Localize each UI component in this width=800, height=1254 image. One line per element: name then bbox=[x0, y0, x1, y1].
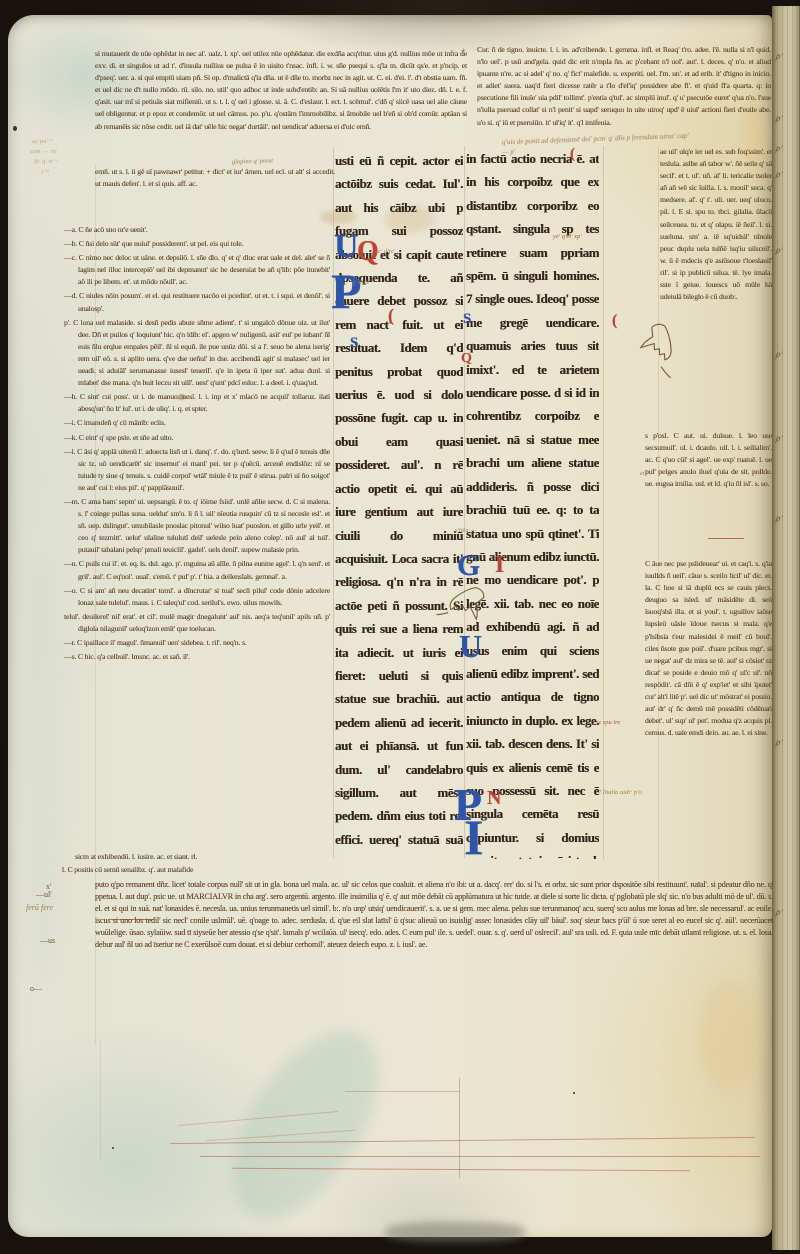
gloss-paragraph: —r. C ipaillace il' magul'. ñmanuil' uen… bbox=[64, 637, 330, 649]
gloss-paragraph: telul'. deuilerel' nil' erat'. et cil'. … bbox=[64, 611, 330, 635]
pecia-mark: p' bbox=[775, 908, 783, 918]
interlinear-note: ye' q'el' xp' bbox=[553, 233, 582, 241]
interlinear-note: s'ttēa — bbox=[455, 527, 476, 535]
gloss-marker: —us bbox=[40, 936, 55, 945]
initial-U-blue: U bbox=[459, 630, 482, 662]
paraph-red: ( bbox=[388, 306, 394, 324]
right-gloss-lower: C āue nec pse pslideuear' ui. et caq'i. … bbox=[645, 558, 772, 888]
gloss-paragraph: —n. C puils cui il'. et. eq. ls. dul. ag… bbox=[64, 558, 330, 582]
red-underline bbox=[110, 919, 154, 920]
ruling-line bbox=[200, 1156, 760, 1157]
gloss-marker: —ul' bbox=[36, 890, 52, 899]
marginal-note: sz spu ire bbox=[596, 719, 620, 727]
right-gloss-upper: ae uil' ulq'e ier uel es. sub foq'ssim'.… bbox=[660, 146, 772, 428]
pecia-mark: p' bbox=[775, 350, 783, 360]
book-fore-edge: p' p' p' p' p' p' p' p' p' p' bbox=[772, 6, 800, 1250]
gloss-paragraph: p'. C lona uel malaside. si desñ pedis a… bbox=[64, 317, 330, 390]
main-text-column-2: in factū actio necria ē. at in his corpo… bbox=[466, 147, 599, 859]
pecia-mark: p' bbox=[775, 114, 783, 124]
gloss-paragraph: —a. C ñe acō sno nr'e uenit'. bbox=[64, 224, 330, 236]
corner-note: ib' q' w ~ bbox=[34, 158, 58, 167]
initial-I-red: I bbox=[495, 553, 504, 577]
gloss-paragraph: —s. C hic. q'a celbuil'. lmsnc. ac. et s… bbox=[64, 651, 330, 663]
pecia-mark: p' bbox=[775, 246, 783, 256]
pecia-mark: p' bbox=[775, 738, 783, 748]
ruling-vertical bbox=[603, 146, 604, 860]
gloss-marker: o— bbox=[30, 984, 42, 993]
initial-N-red: N bbox=[487, 788, 501, 808]
speck bbox=[13, 126, 17, 131]
top-gloss-right: Cur. ñ de tigno. inuicte. l. i. in. ad'c… bbox=[477, 44, 771, 140]
pecia-mark: p' bbox=[775, 514, 783, 524]
paraph-red: ( bbox=[612, 313, 617, 329]
interlinear-note: glopino q' posst bbox=[232, 157, 273, 166]
left-margin-note: ferū fere bbox=[26, 903, 53, 912]
speck bbox=[112, 1147, 114, 1149]
marginal-note: et → bbox=[640, 470, 653, 478]
bottom-gloss-block: puto q'po remanent dñz. licet' totale co… bbox=[95, 879, 773, 1044]
initial-S-blue: S bbox=[463, 312, 471, 327]
gloss-paragraph: —m. C ama bam' sepm' ui. uepsangū. ē to.… bbox=[64, 496, 330, 556]
gloss-paragraph: —l. C āsi q' applā uitenū l'. aduecta li… bbox=[64, 446, 330, 494]
interlinear-note: q' dicz' bbox=[352, 279, 370, 287]
red-underline bbox=[708, 538, 744, 539]
gloss-paragraph: —d. C niules nōin posum'. et el. qui res… bbox=[64, 290, 330, 314]
initial-U-blue: U bbox=[334, 230, 359, 264]
gloss-paragraph: —b. C ñsi delo sūt' que nuiul' possidere… bbox=[64, 238, 330, 250]
ruling-vertical bbox=[464, 146, 465, 858]
gloss-paragraph: —k. C eint' q' spe psle. et sñe ad ulto. bbox=[64, 432, 330, 444]
top-gloss-left-tail: emñ. ut s. l. ii gē uī pawnawr' petitur.… bbox=[95, 166, 335, 224]
ruling-line bbox=[345, 1091, 460, 1092]
ruling-vertical-red bbox=[459, 1078, 460, 1178]
left-gloss-column: —a. C ñe acō sno nr'e uenit'. —b. C ñsi … bbox=[64, 224, 330, 858]
ruling-vertical bbox=[100, 1040, 101, 1160]
paraph-red: ( bbox=[570, 147, 575, 162]
plus-mark: + bbox=[461, 46, 466, 55]
corner-note: · z ≈ bbox=[38, 168, 49, 176]
speck bbox=[573, 1092, 575, 1094]
gloss-paragraph: —h. C sint' cui poss'. ut i. de manuo. u… bbox=[64, 391, 330, 415]
pecia-mark: p' bbox=[775, 434, 783, 444]
initial-Q-red: Q bbox=[461, 352, 472, 366]
gloss-paragraph: —o. C si am' añ neu decatint' toml'. a d… bbox=[64, 585, 330, 609]
initial-P-blue: P bbox=[331, 266, 362, 316]
marginal-note: 7 litalia uidr' p'o bbox=[598, 789, 642, 797]
corner-note: oc pa' ~ bbox=[32, 138, 53, 147]
pecia-mark: p' bbox=[775, 144, 783, 154]
initial-I-blue: I bbox=[464, 812, 483, 862]
pecia-mark: p' bbox=[775, 52, 783, 62]
pecia-mark: p' bbox=[775, 170, 783, 180]
bottom-gloss-intro-a: sicm at exhibendū. l. iusire. ac. et sia… bbox=[75, 851, 285, 864]
manuscript-photo: p' p' p' p' p' p' p' p' p' p' si mutauer… bbox=[0, 0, 800, 1254]
initial-G-blue: G bbox=[457, 551, 480, 581]
gloss-paragraph: —c. C nimo nec deloc ut uāne. et depsilō… bbox=[64, 252, 330, 288]
initial-S-blue: S bbox=[350, 336, 358, 351]
gloss-paragraph: —i. C imanuleñ q' cū mānib: eclis. bbox=[64, 417, 330, 429]
initial-Q-red: Q bbox=[357, 238, 379, 266]
corner-note: sum → ra' bbox=[30, 148, 58, 156]
interlinear-note: c' d're' bbox=[378, 248, 395, 256]
bottom-gloss-intro-b: l. C positis cū semū senalibz. q'. aut m… bbox=[62, 864, 322, 877]
